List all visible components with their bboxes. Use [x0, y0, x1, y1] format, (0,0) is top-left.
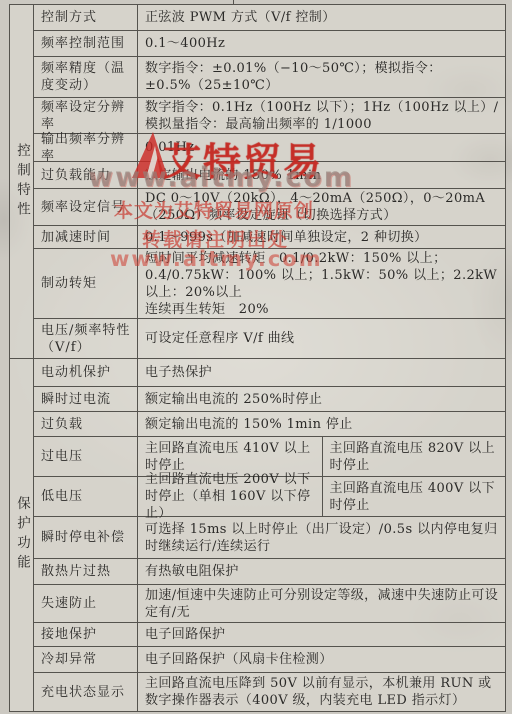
row-label: 低电压 [34, 477, 138, 516]
table-row: 频率控制范围 0.1～400Hz [34, 31, 505, 57]
category-label: 控制特性 [13, 143, 30, 221]
table-row: 加减速时间 0.1～999s（加减速时间单独设定，2 种切换） [34, 226, 505, 249]
row-value-split: 主回路直流电压 200V 以下时停止（单相 160V 以下停止） 主回路直流电压… [138, 477, 505, 516]
row-label: 频率设定信号 [34, 189, 138, 225]
table-row: 失速防止 加速/恒速中失速防止可分别设定等级，减速中失速防止可设定有/无 [34, 585, 505, 623]
table-row: 冷却异常 电子回路保护（风扇卡住检测） [34, 647, 505, 673]
table-row: 过负载 额定输出电流的 150% 1min 停止 [34, 412, 505, 437]
table-row: 低电压 主回路直流电压 200V 以下时停止（单相 160V 以下停止） 主回路… [34, 477, 505, 517]
category-label: 保护功能 [13, 496, 30, 574]
row-value-400v-class: 主回路直流电压 820V 以上时停止 [322, 437, 506, 476]
row-label: 加减速时间 [34, 226, 138, 248]
row-value: 数字指令：±0.01%（−10～50℃）；模拟指令：±0.5%（25±10℃） [138, 57, 505, 97]
row-value: 额定输出电流的 150% 1min [138, 162, 505, 188]
row-value-400v-class: 主回路直流电压 400V 以下时停止 [322, 477, 506, 516]
row-value: 数字指令：0.1Hz（100Hz 以下）；1Hz（100Hz 以上）/模拟量指令… [138, 98, 505, 133]
table-row: 瞬时停电补偿 可选择 15ms 以上时停止（出厂设定）/0.5s 以内停电复归时… [34, 517, 505, 559]
table-row: 瞬时过电流 额定输出电流的 250%时停止 [34, 387, 505, 412]
row-label: 接地保护 [34, 623, 138, 646]
table-rows: 控制方式 正弦波 PWM 方式（V/f 控制） 频率控制范围 0.1～400Hz… [34, 5, 505, 711]
row-value-200v-class: 主回路直流电压 200V 以下时停止（单相 160V 以下停止） [138, 477, 322, 516]
row-label: 电动机保护 [34, 359, 138, 386]
row-value: 可选择 15ms 以上时停止（出厂设定）/0.5s 以内停电复归时继续运行/连续… [138, 517, 505, 558]
row-label: 频率设定分辨率 [34, 98, 138, 133]
row-value: 有热敏电阻保护 [138, 559, 505, 584]
row-value: 电子回路保护 [138, 623, 505, 646]
row-label: 失速防止 [34, 585, 138, 622]
row-label: 散热片过热 [34, 559, 138, 584]
row-value: 加速/恒速中失速防止可分别设定等级，减速中失速防止可设定有/无 [138, 585, 505, 622]
table-row: 频率精度（温度变动） 数字指令：±0.01%（−10～50℃）；模拟指令：±0.… [34, 57, 505, 98]
inverter-spec-table: 控制特性 保护功能 控制方式 正弦波 PWM 方式（V/f 控制） 频率控制范围… [9, 4, 506, 712]
row-value: 额定输出电流的 250%时停止 [138, 387, 505, 411]
row-value: 0.01Hz [138, 134, 505, 161]
scanned-spec-page: 控制特性 保护功能 控制方式 正弦波 PWM 方式（V/f 控制） 频率控制范围… [0, 0, 512, 714]
row-value: 电子热保护 [138, 359, 505, 386]
row-label: 频率精度（温度变动） [34, 57, 138, 97]
row-value: 正弦波 PWM 方式（V/f 控制） [138, 5, 505, 30]
table-row: 散热片过热 有热敏电阻保护 [34, 559, 505, 585]
row-label: 过电压 [34, 437, 138, 476]
table-row: 过负载能力 额定输出电流的 150% 1min [34, 162, 505, 189]
table-row: 接地保护 电子回路保护 [34, 623, 505, 647]
row-label: 过负载能力 [34, 162, 138, 188]
row-label: 过负载 [34, 412, 138, 436]
table-row: 频率设定信号 DC 0～10V（20kΩ），4～20mA（250Ω），0～20m… [34, 189, 505, 226]
category-column: 控制特性 保护功能 [10, 5, 34, 711]
row-value: 0.1～400Hz [138, 31, 505, 56]
table-row: 制动转矩 短时间平均减速转矩 0.1/0.2kW：150% 以上；0.4/0.7… [34, 249, 505, 319]
row-value: 主回路直流电压降到 50V 以前有显示，本机兼用 RUN 或数字操作器表示（40… [138, 673, 505, 711]
row-value: 短时间平均减速转矩 0.1/0.2kW：150% 以上；0.4/0.75kW：1… [138, 249, 505, 318]
category-protection-functions: 保护功能 [10, 359, 33, 711]
row-label: 制动转矩 [34, 249, 138, 318]
row-label: 输出频率分辨率 [34, 134, 138, 161]
row-value: 0.1～999s（加减速时间单独设定，2 种切换） [138, 226, 505, 248]
row-value: 额定输出电流的 150% 1min 停止 [138, 412, 505, 436]
row-label: 冷却异常 [34, 647, 138, 672]
row-value: 电子回路保护（风扇卡住检测） [138, 647, 505, 672]
row-value: DC 0～10V（20kΩ），4～20mA（250Ω），0～20mA（250Ω）… [138, 189, 505, 225]
table-row: 控制方式 正弦波 PWM 方式（V/f 控制） [34, 5, 505, 31]
row-label: 瞬时停电补偿 [34, 517, 138, 558]
row-label: 频率控制范围 [34, 31, 138, 56]
table-row: 频率设定分辨率 数字指令：0.1Hz（100Hz 以下）；1Hz（100Hz 以… [34, 98, 505, 134]
category-control-characteristics: 控制特性 [10, 5, 33, 359]
row-label: 电压/频率特性（V/f） [34, 319, 138, 358]
table-row: 输出频率分辨率 0.01Hz [34, 134, 505, 162]
table-row: 电动机保护 电子热保护 [34, 359, 505, 387]
row-value: 可设定任意程序 V/f 曲线 [138, 319, 505, 358]
row-label: 控制方式 [34, 5, 138, 30]
row-label: 瞬时过电流 [34, 387, 138, 411]
row-label: 充电状态显示 [34, 673, 138, 711]
table-row: 充电状态显示 主回路直流电压降到 50V 以前有显示，本机兼用 RUN 或数字操… [34, 673, 505, 711]
table-row: 电压/频率特性（V/f） 可设定任意程序 V/f 曲线 [34, 319, 505, 359]
